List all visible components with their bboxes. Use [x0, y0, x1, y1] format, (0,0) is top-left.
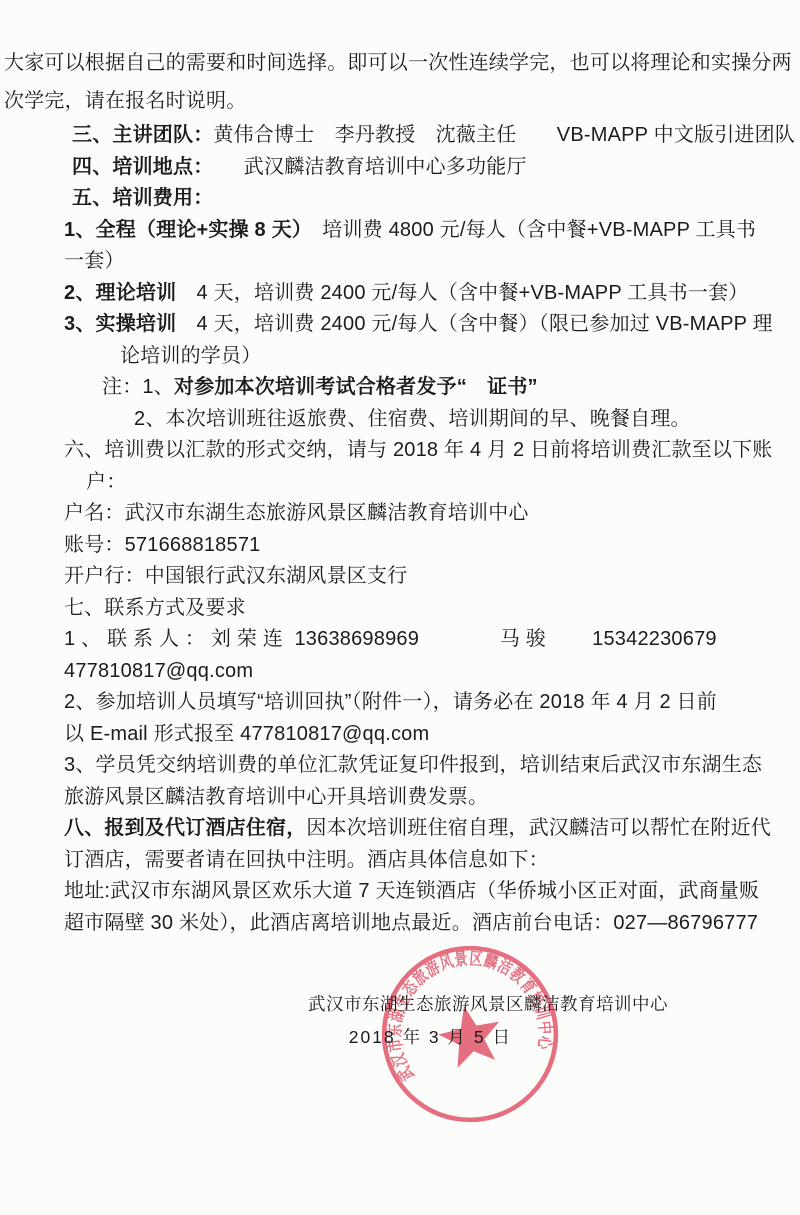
line-text: 地址:武汉市东湖风景区欢乐大道 7 天连锁酒店（华侨城小区正对面，武商量贩	[64, 880, 759, 902]
line-text: 对参加本次培训考试合格者发予“ 证书”	[174, 376, 538, 398]
line-text: 本次培训班往返旅费、住宿费、培训期间的早、晚餐自理。	[166, 408, 691, 430]
document-line: 三、主讲团队：黄伟合博士 李丹教授 沈薇主任 VB-MAPP 中文版引进团队	[72, 120, 800, 152]
line-lead: 五、培训费用：	[72, 187, 213, 209]
signature-org: 武汉市东湖生态旅游风景区麟洁教育培训中心	[0, 989, 800, 1019]
document-line: 2、参加培训人员填写“培训回执”（附件一），请务必在 2018 年 4 月 2 …	[64, 687, 800, 719]
document-line: 四、培训地点： 武汉麟洁教育培训中心多功能厅	[72, 152, 800, 184]
line-text: 3、学员凭交纳培训费的单位汇款凭证复印件报到，培训结束后武汉市东湖生态	[64, 754, 762, 776]
document-line: 六、培训费以汇款的形式交纳，请与 2018 年 4 月 2 日前将培训费汇款至以…	[64, 435, 800, 467]
line-text: 超市隔壁 30 米处），此酒店离培训地点最近。酒店前台电话：027—867967…	[64, 912, 758, 934]
line-text: 大家可以根据自己的需要和时间选择。即可以一次性连续学完，也可以将理论和实操分两	[4, 52, 792, 74]
document-lines: 大家可以根据自己的需要和时间选择。即可以一次性连续学完，也可以将理论和实操分两次…	[0, 0, 800, 939]
document-line: 1、全程（理论+实操 8 天） 培训费 4800 元/每人（含中餐+VB-MAP…	[64, 215, 800, 247]
document-line: 次学完，请在报名时说明。	[4, 82, 800, 120]
line-lead: 2、理论培训	[64, 282, 176, 304]
line-text: 户名：武汉市东湖生态旅游风景区麟洁教育培训中心	[64, 502, 529, 524]
document-line: 2、本次培训班往返旅费、住宿费、培训期间的早、晚餐自理。	[134, 404, 800, 436]
line-lead: 七、联系方式及要求	[64, 597, 246, 619]
line-text: 4 天，培训费 2400 元/每人（含中餐）（限已参加过 VB-MAPP 理	[176, 313, 772, 335]
document-line: 3、学员凭交纳培训费的单位汇款凭证复印件报到，培训结束后武汉市东湖生态	[64, 750, 800, 782]
line-text: 黄伟合博士 李丹教授 沈薇主任 VB-MAPP 中文版引进团队	[213, 124, 795, 146]
line-text: 武汉麟洁教育培训中心多功能厅	[203, 156, 526, 178]
line-lead: 3、实操培训	[64, 313, 176, 335]
document-line: 五、培训费用：	[72, 183, 800, 215]
line-text: 户：	[86, 471, 126, 493]
document-line: 订酒店，需要者请在回执中注明。酒店具体信息如下：	[64, 845, 800, 877]
document-line: 477810817@qq.com	[64, 656, 800, 688]
document-line: 注：1、对参加本次培训考试合格者发予“ 证书”	[102, 372, 800, 404]
document-line: 超市隔壁 30 米处），此酒店离培训地点最近。酒店前台电话：027—867967…	[64, 908, 800, 940]
line-lead: 四、培训地点：	[72, 156, 203, 178]
line-text: 旅游风景区麟洁教育培训中心开具培训费发票。	[64, 786, 488, 808]
document-line: 地址:武汉市东湖风景区欢乐大道 7 天连锁酒店（华侨城小区正对面，武商量贩	[64, 876, 800, 908]
line-text: 开户行：中国银行武汉东湖风景区支行	[64, 565, 407, 587]
document-line: 2、理论培训 4 天，培训费 2400 元/每人（含中餐+VB-MAPP 工具书…	[64, 278, 800, 310]
line-text: 477810817@qq.com	[64, 660, 253, 682]
document-line: 账号：571668818571	[64, 530, 800, 562]
document-line: 以 E-mail 形式报至 477810817@qq.com	[64, 719, 800, 751]
document-line: 1 、 联 系 人 ： 刘 荣 连 13638698969 马 骏 153422…	[64, 624, 800, 656]
document-line: 七、联系方式及要求	[64, 593, 800, 625]
line-text: 订酒店，需要者请在回执中注明。酒店具体信息如下：	[64, 849, 549, 871]
line-text: 六、培训费以汇款的形式交纳，请与 2018 年 4 月 2 日前将培训费汇款至以…	[64, 439, 772, 461]
document-line: 开户行：中国银行武汉东湖风景区支行	[64, 561, 800, 593]
line-text: 因本次培训班住宿自理，武汉麟洁可以帮忙在附近代	[306, 817, 771, 839]
line-text: 4 天，培训费 2400 元/每人（含中餐+VB-MAPP 工具书一套）	[176, 282, 748, 304]
line-text: 2、参加培训人员填写“培训回执”（附件一），请务必在 2018 年 4 月 2 …	[64, 691, 717, 713]
line-lead: 三、主讲团队：	[72, 124, 213, 146]
document-line: 户名：武汉市东湖生态旅游风景区麟洁教育培训中心	[64, 498, 800, 530]
line-text: 一套）	[64, 250, 125, 272]
line-text: 培训费 4800 元/每人（含中餐+VB-MAPP 工具书	[302, 219, 756, 241]
scanned-document-page: 大家可以根据自己的需要和时间选择。即可以一次性连续学完，也可以将理论和实操分两次…	[0, 0, 800, 1215]
line-lead: 1、全程（理论+实操 8 天）	[64, 219, 302, 241]
line-text: 1 、 联 系 人 ： 刘 荣 连 13638698969 马 骏 153422…	[64, 628, 717, 650]
line-lead: 八、报到及代订酒店住宿，	[64, 817, 306, 839]
signature-date: 2018 年 3 月 5 日	[0, 1019, 800, 1055]
line-lead: 注：1、	[102, 376, 174, 398]
document-line: 大家可以根据自己的需要和时间选择。即可以一次性连续学完，也可以将理论和实操分两	[4, 44, 800, 82]
document-line: 3、实操培训 4 天，培训费 2400 元/每人（含中餐）（限已参加过 VB-M…	[64, 309, 800, 341]
document-line: 八、报到及代订酒店住宿，因本次培训班住宿自理，武汉麟洁可以帮忙在附近代	[64, 813, 800, 845]
document-line: 户：	[86, 467, 800, 499]
document-line: 旅游风景区麟洁教育培训中心开具培训费发票。	[64, 782, 800, 814]
signature-block: 武汉市东湖生态旅游风景区麟洁教育培训中心 2018 年 3 月 5 日	[0, 989, 800, 1055]
line-text: 次学完，请在报名时说明。	[4, 90, 246, 112]
line-text: 账号：571668818571	[64, 534, 260, 556]
document-line: 一套）	[64, 246, 800, 278]
line-text: 以 E-mail 形式报至 477810817@qq.com	[64, 723, 429, 745]
document-line: 论培训的学员）	[120, 341, 800, 373]
line-text: 论培训的学员）	[120, 345, 261, 367]
line-lead: 2、	[134, 408, 166, 430]
